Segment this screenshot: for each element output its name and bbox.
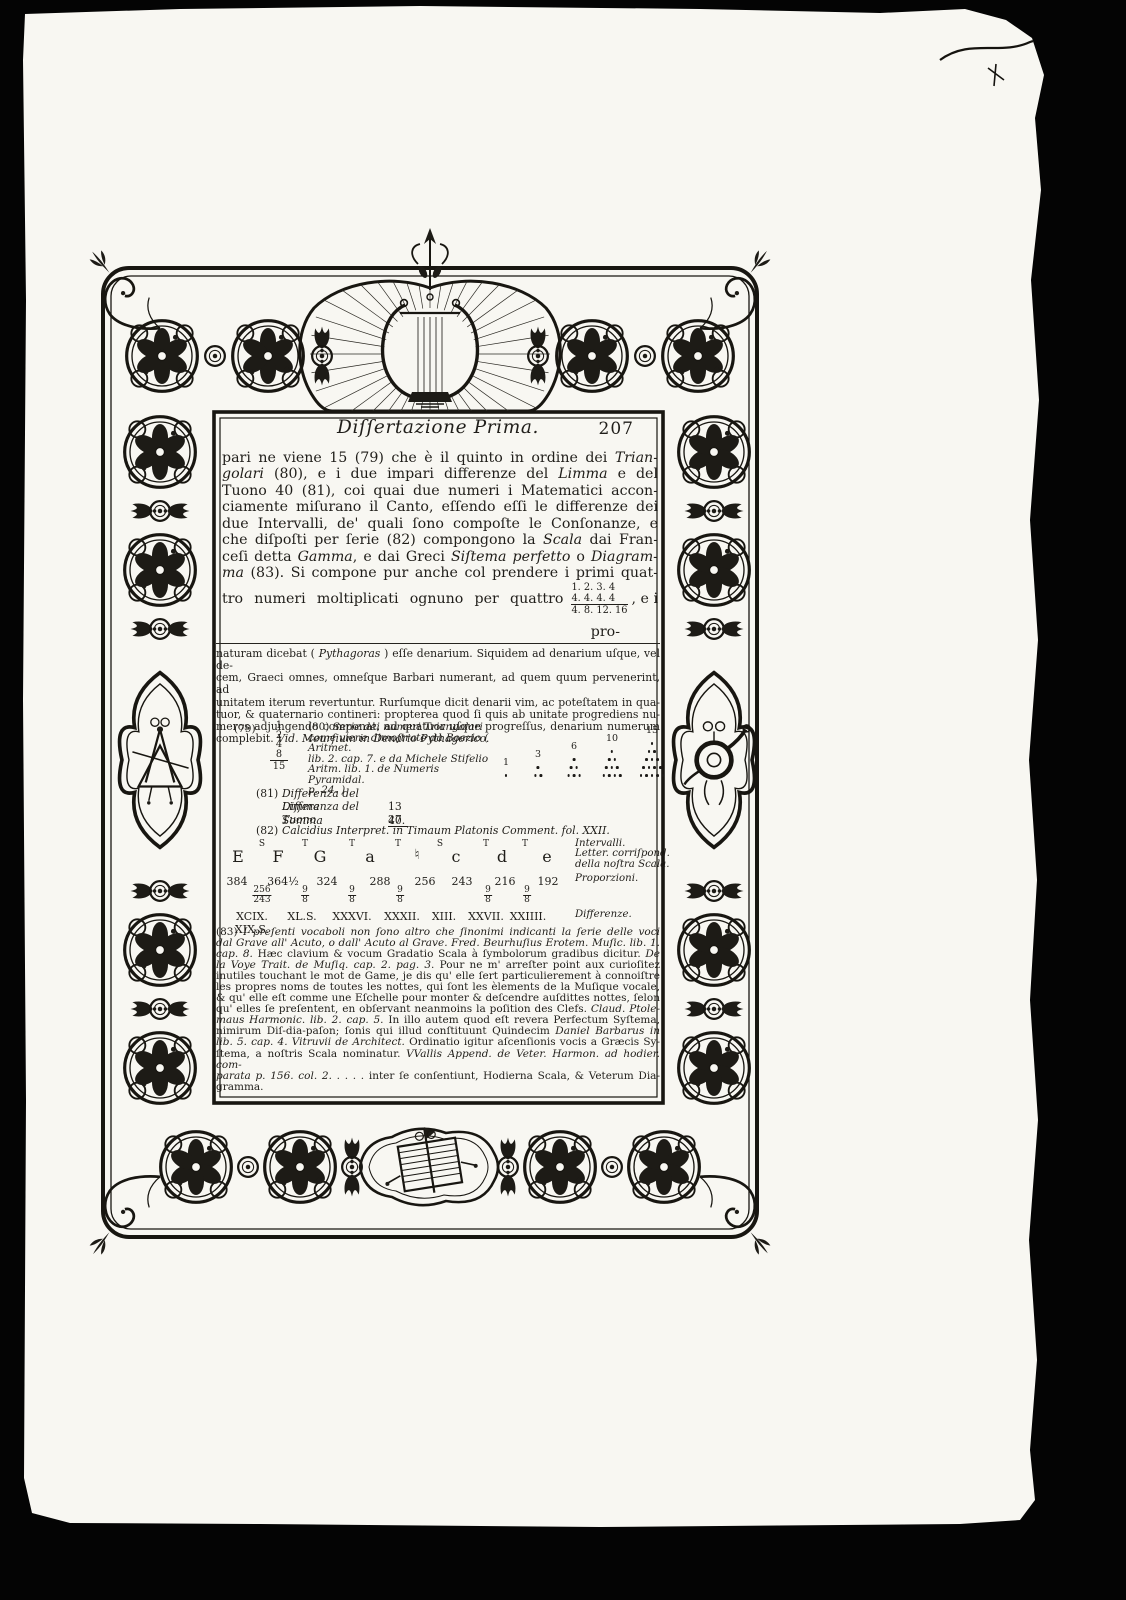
footnote-81: (81) Differenza del Limma13Differenza de…	[212, 787, 664, 825]
dot	[619, 774, 622, 777]
scale-note-letter: d	[497, 847, 507, 866]
scale-row-label: Differenze.	[575, 909, 632, 920]
interval-letter: T	[395, 839, 401, 849]
dot	[573, 774, 576, 777]
dot-row	[566, 761, 583, 769]
dot	[645, 774, 648, 777]
proportion-number: 288	[370, 875, 391, 888]
text-line: come viene dimoſtrato da Boezio ( Aritme…	[308, 733, 498, 754]
text-line: gramma.	[216, 1082, 660, 1093]
ratio-numerator: 256	[252, 886, 271, 895]
scale-table: STTTSTTEFGa♮cde384364½324288256243216192…	[212, 839, 664, 927]
multiplication-row: 4. 4. 4. 4	[571, 593, 627, 605]
footnotes-79-80: (79) 124815 (80) Serie dei numeri Triang…	[212, 721, 664, 785]
footnote-81-label: (81)	[256, 787, 278, 800]
rosette-icon	[557, 321, 628, 392]
difference-roman-numeral: XXVII.	[468, 910, 504, 923]
dot-row	[638, 745, 666, 753]
proportion-number: 192	[538, 875, 559, 888]
ratio-denominator: 8	[484, 895, 492, 905]
footnote-82-label: (82)	[256, 824, 278, 837]
dot-row	[601, 769, 623, 777]
scale-note-letter: F	[272, 847, 283, 866]
triangular-number: 10	[601, 734, 623, 777]
text-area: Diſſertazione Prima. 207 pari ne viene 1…	[212, 410, 664, 1104]
addend: 8	[270, 750, 288, 760]
page-number: 207	[599, 419, 634, 439]
rosette-icon	[525, 1132, 596, 1203]
interval-letter: T	[349, 839, 355, 849]
text-line: Tuono 40 (81), coi quai due numeri i Mat…	[222, 483, 658, 499]
dot	[662, 774, 665, 777]
interval-ratio: 98	[348, 886, 356, 906]
interval-ratio: 256243	[252, 886, 271, 906]
scale-note-letter: ♮	[414, 847, 419, 863]
proportion-number: 324	[317, 875, 338, 888]
rosette-icon	[265, 1132, 336, 1203]
interval-letter: T	[483, 839, 489, 849]
ratio-denominator: 8	[396, 895, 404, 905]
sum-value: 15	[270, 760, 288, 772]
rosette-icon	[679, 915, 750, 986]
ratio-numerator: 9	[396, 886, 404, 895]
dot-row	[532, 761, 543, 769]
text-line: ciamente miſurano il Canto, eſſendo eſſi…	[222, 499, 658, 515]
paper-edge-marks	[930, 8, 1060, 118]
text-line: ceſi detta Gamma, e dai Greci Siſtema pe…	[222, 549, 658, 565]
ring-link-icon	[635, 346, 655, 366]
dot-row	[601, 745, 623, 753]
scale-note-letter: G	[314, 847, 327, 866]
difference-roman-numeral: XXXII.	[384, 910, 420, 923]
ratio-numerator: 9	[523, 886, 531, 895]
dot-row	[638, 737, 666, 745]
difference-roman-numeral: XXXVI.	[332, 910, 371, 923]
text-line: naturam dicebat ( Pythagoras ) eſſe dena…	[216, 648, 660, 672]
footnote-79-number-column: 124815	[270, 721, 288, 772]
rosette-icon	[663, 321, 734, 392]
body-text: pari ne viene 15 (79) che è il quinto in…	[222, 450, 658, 582]
interval-ratio: 98	[523, 886, 531, 906]
proportion-number: 364½	[267, 875, 299, 888]
text-line: ma (83). Si compone pur anche col prende…	[222, 565, 658, 581]
rosette-icon	[125, 535, 196, 606]
proportion-number: 243	[452, 875, 473, 888]
dot	[567, 774, 570, 777]
multiplication-row: 4. 8. 12. 16	[571, 605, 627, 616]
rosette-icon	[233, 321, 304, 392]
triangular-numbers-figure: 1361015	[500, 721, 660, 783]
footnote-83: (83) I preſenti vocaboli non ſono altro …	[216, 927, 660, 1093]
dot	[640, 774, 643, 777]
dot-row	[566, 769, 583, 777]
proportion-number: 216	[495, 875, 516, 888]
triangular-number-value: 3	[532, 750, 543, 759]
triangular-number-value: 6	[566, 742, 583, 751]
rosette-icon	[679, 535, 750, 606]
triangular-number: 1	[503, 758, 509, 777]
interval-ratio: 98	[484, 886, 492, 906]
dot-row	[532, 769, 543, 777]
interval-letter: S	[437, 839, 443, 849]
scale-note-letter: c	[452, 847, 461, 866]
scale-row-label: della noſtra Scala.	[575, 859, 669, 870]
triangular-number: 6	[566, 742, 583, 777]
dot-row	[638, 753, 666, 761]
rosette-icon	[629, 1132, 700, 1203]
triangular-number: 15	[638, 726, 666, 777]
dot	[540, 774, 543, 777]
dot-row	[638, 769, 666, 777]
multiplication-row: 1. 2. 3. 4	[571, 582, 627, 593]
multiplication-table: 1. 2. 3. 4 4. 4. 4. 4 4. 8. 12. 16	[571, 582, 627, 616]
proportion-number: 384	[227, 875, 248, 888]
scale-row-label: Letter. corriſpond.	[575, 848, 670, 859]
ring-link-icon	[602, 1157, 622, 1177]
dot	[651, 774, 654, 777]
dot	[534, 774, 537, 777]
footnote-79-label: (79)	[234, 723, 256, 735]
body-line-text: tro numeri moltiplicati ognuno per quatt…	[222, 591, 571, 607]
text-line: golari (80), e i due impari differenze d…	[222, 466, 658, 482]
ring-link-icon	[238, 1157, 258, 1177]
proportion-number: 256	[415, 875, 436, 888]
interval-letter: T	[522, 839, 528, 849]
text-line: due Intervalli, de' quali ſono compoſte …	[222, 516, 658, 532]
ring-link-icon	[205, 346, 225, 366]
text-line: ſtema, a noſtris Scala nominatur. VValli…	[216, 1049, 660, 1071]
ratio-denominator: 243	[252, 895, 271, 905]
difference-roman-numeral: XIII.	[432, 910, 456, 923]
rosette-icon	[125, 417, 196, 488]
page-title: Diſſertazione Prima.	[337, 417, 539, 438]
text-line: parata p. 156. col. 2. . . . . inter ſe …	[216, 1071, 660, 1082]
rosette-icon	[679, 1033, 750, 1104]
interval-ratio: 98	[396, 886, 404, 906]
scale-row-label: Proporzioni.	[575, 873, 638, 884]
triangular-number: 3	[532, 750, 543, 777]
finial-icon	[412, 228, 448, 290]
scanned-book-spread: { "page": { "header": { "title": "Diſſer…	[0, 0, 1126, 1600]
triangular-number-value: 15	[638, 726, 666, 735]
difference-roman-numeral: XXIIII.	[510, 910, 547, 923]
right-cartouche	[674, 673, 755, 848]
footnote-82-text: Calcidius Interpret. in Timaum Platonis …	[282, 824, 662, 837]
dot	[578, 774, 581, 777]
body-line-suffix: , e i	[628, 591, 658, 607]
scale-note-letter: E	[232, 847, 244, 866]
ratio-numerator: 9	[301, 886, 309, 895]
rosette-icon	[125, 1033, 196, 1104]
dot	[602, 774, 605, 777]
text-line: pari ne viene 15 (79) che è il quinto in…	[222, 450, 658, 466]
dot	[505, 774, 508, 777]
dot	[656, 774, 659, 777]
scale-note-letter: e	[542, 847, 551, 866]
interval-letter: T	[302, 839, 308, 849]
dot-row	[503, 769, 509, 777]
scale-note-letter: a	[365, 847, 375, 866]
text-line: Aritm. lib. 1. de Numeris Pyramidal.	[308, 764, 498, 785]
dot-row	[601, 761, 623, 769]
dot-row	[638, 761, 666, 769]
ratio-denominator: 8	[348, 895, 356, 905]
difference-roman-numeral: XL.S.	[287, 910, 316, 923]
ratio-denominator: 8	[301, 895, 309, 905]
body-line-with-multiplication: tro numeri moltiplicati ognuno per quatt…	[222, 582, 658, 616]
text-line: cem, Graeci omnes, omneſque Barbari nume…	[216, 672, 660, 696]
rosette-icon	[125, 915, 196, 986]
rosette-icon	[127, 321, 198, 392]
rosette-icon	[679, 417, 750, 488]
rosette-icon	[161, 1132, 232, 1203]
compass-trophy-icon	[132, 718, 188, 804]
interval-letter: S	[259, 839, 265, 849]
interval-ratio: 98	[301, 886, 309, 906]
triangular-number-value: 10	[601, 734, 623, 743]
ratio-denominator: 8	[523, 895, 531, 905]
dot	[608, 774, 611, 777]
book-page-paper: Diſſertazione Prima. 207 pari ne viene 1…	[0, 0, 1126, 1600]
difference-roman-numeral: XCIX.	[236, 910, 268, 923]
text-line: che diſpoſti per ſerie (82) compongono l…	[222, 532, 658, 548]
triangular-number-value: 1	[503, 758, 509, 767]
dot-row	[566, 753, 583, 761]
ratio-numerator: 9	[484, 886, 492, 895]
running-head: Diſſertazione Prima.	[212, 417, 664, 438]
ratio-numerator: 9	[348, 886, 356, 895]
footnote-80-text: (80) Serie dei numeri Triangolaricome vi…	[308, 722, 498, 796]
dot	[614, 774, 617, 777]
footnote-separator	[216, 643, 660, 644]
catchword: pro-	[591, 624, 620, 640]
dot-row	[601, 753, 623, 761]
